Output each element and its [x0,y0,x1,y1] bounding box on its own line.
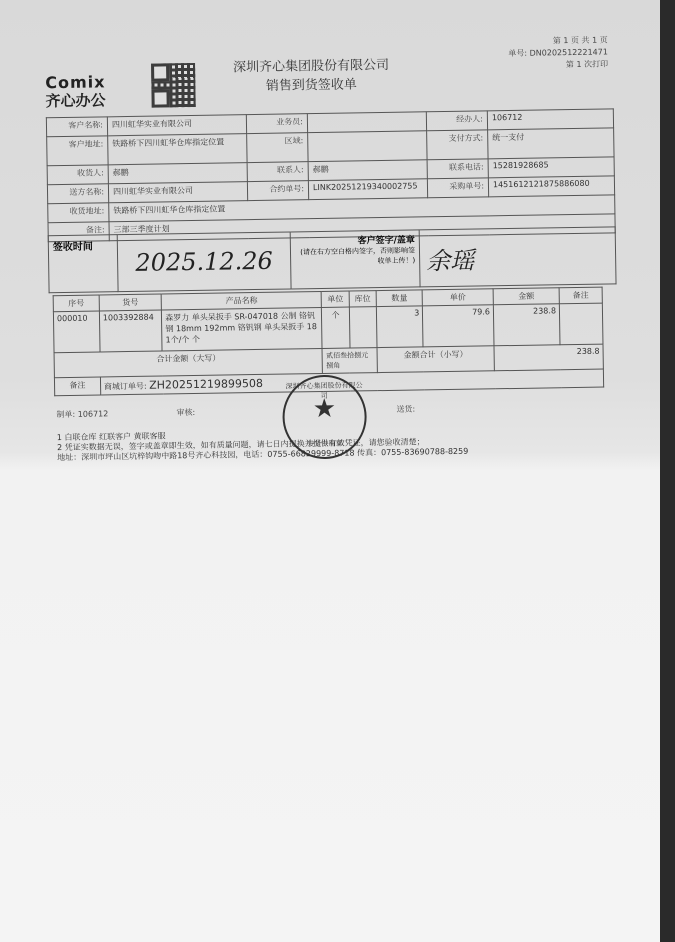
total-lower-value: 238.8 [494,344,603,371]
signature-table: 签收时间 2025.12.26 客户签字/盖章 (请在右方空白格内签字，否则影响… [48,226,617,293]
deliver-label: 送货: [396,404,415,415]
label: 联系人: [247,162,308,182]
column-header: 单位 [322,291,350,307]
total-upper-label: 合计金额（大写） [156,354,220,364]
region [308,131,427,162]
label: 收货人: [47,165,108,185]
handwritten-signature: 余瑶 [426,246,474,275]
table-cell: 森罗力 单头呆扳手 SR-047018 公制 铬钒钢 18mm 192mm 铬钒… [162,307,323,351]
stamp-subtext: 发货专用章 [285,438,365,449]
footer-notes: 1 白联仓库 红联客户 黄联客服 2 凭证实数据无误，签字或盖章即生效，如有质量… [57,427,469,463]
receiver: 郝鹏 [108,163,247,184]
table-cell [349,307,377,348]
column-header: 金额 [493,288,559,305]
label: 送方名称: [47,184,108,204]
column-header: 备注 [559,287,602,304]
signature-label-cell: 客户签字/盖章 (请在右方空白格内签字，否则影响签收单上传！) [290,230,420,289]
ship-to: 四川虹华实业有限公司 [108,182,247,203]
stamp-text: 深圳齐心集团股份有限公司 [284,380,364,401]
table-cell: 79.6 [423,305,494,347]
label: 合约单号: [247,181,308,201]
column-header: 库位 [349,291,376,307]
label: 客户地址: [47,136,108,166]
logo-chinese: 齐心办公 [45,89,106,111]
company-seal-stamp: 深圳齐心集团股份有限公司 ★ 发货专用章 [282,374,367,459]
customer-name: 四川虹华实业有限公司 [107,115,246,136]
print-count: 第 1 次打印 [508,58,608,72]
company-name: 深圳齐心集团股份有限公司 [231,54,391,76]
qr-code-icon [151,63,196,108]
customer-address: 铁路桥下四川虹华仓库指定位置 [108,134,247,165]
handwritten-date: 2025.12.26 [135,247,273,277]
document-meta: 第 1 页 共 1 页 单号: DN0202512221471 第 1 次打印 [508,34,608,72]
contract-no: LINK20251219340002755 [308,179,427,200]
review-label: 审核: [176,407,195,418]
doc-title: 销售到货签收单 [231,73,391,95]
maker: 制单: 106712 [56,408,108,420]
label: 采购单号: [427,178,488,198]
purchase-no: 1451612121875886080 [488,176,614,197]
comix-logo: Comix 齐心办公 [45,72,106,111]
order-no: ZH20251219899508 [149,377,263,392]
customer-info-table: 客户名称: 四川虹华实业有限公司 业务员: 经办人: 106712 客户地址: … [46,108,616,242]
label: 收货地址: [48,203,109,223]
label: 区域: [247,133,308,163]
table-cell: 3 [376,306,423,348]
column-header: 数量 [376,290,423,307]
table-cell: 000010 [53,311,99,353]
sign-time-label: 签收时间 [48,235,118,293]
column-header: 货号 [99,294,162,311]
signature-field[interactable]: 余瑶 [419,227,616,287]
salesman [307,112,426,133]
label: 支付方式: [427,130,488,160]
table-cell [559,303,603,345]
contact: 郝鹏 [308,160,427,181]
signature-note: (请在右方空白格内签字，否则影响签收单上传！) [295,246,415,268]
document-page: Comix 齐心办公 深圳齐心集团股份有限公司 销售到货签收单 第 1 页 共 … [0,0,660,942]
remark-label: 备注 [54,377,100,396]
table-cell: 个 [322,307,350,348]
payment-method: 统一支付 [488,128,614,159]
table-cell: 1003392884 [99,310,162,352]
label: 客户名称: [46,117,107,137]
label: 业务员: [246,114,307,134]
document-title: 深圳齐心集团股份有限公司 销售到货签收单 [231,54,392,95]
handler: 106712 [487,109,613,130]
order-no-label: 商城订单号: [104,382,147,392]
total-upper-value: 贰佰叁拾捌元捌角 [322,348,377,374]
column-header: 序号 [53,295,99,312]
column-header: 单价 [422,289,493,306]
label: 经办人: [426,111,487,131]
phone: 15281928685 [488,157,614,178]
label: 联系电话: [427,159,488,179]
sign-time-field[interactable]: 2025.12.26 [117,232,291,292]
total-lower-label: 金额合计（小写） [377,346,495,373]
table-cell: 238.8 [493,304,560,346]
